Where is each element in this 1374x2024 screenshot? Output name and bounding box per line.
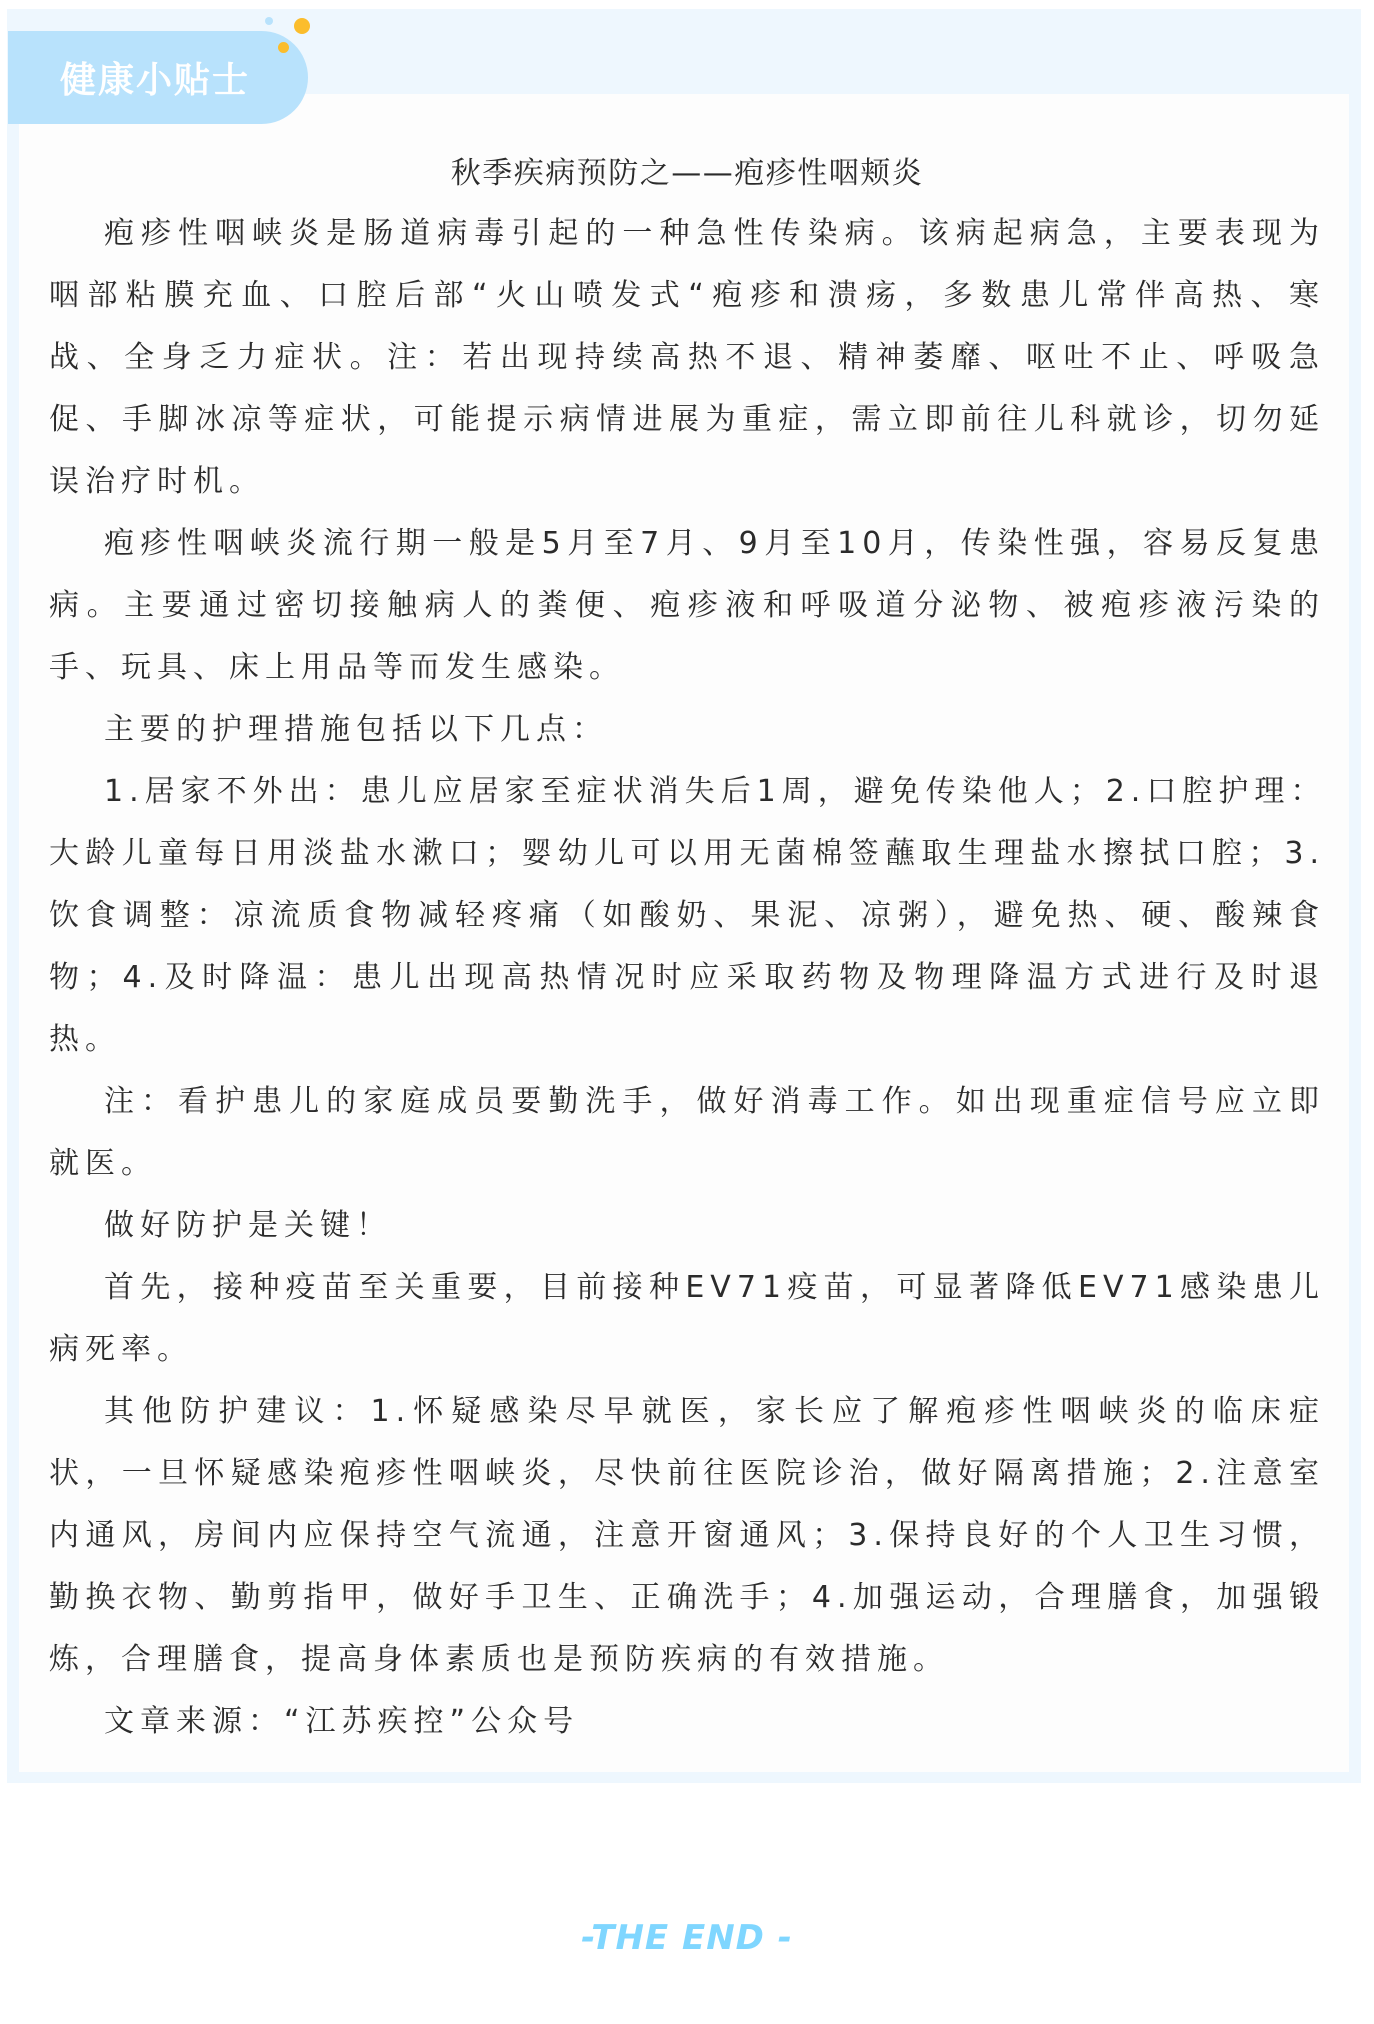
paragraph-care-measures: 1.居家不外出：患儿应居家至症状消失后1周，避免传染他人；2.口腔护理： 大龄儿… — [49, 761, 1325, 1071]
badge-label: 健康小贴士 — [60, 52, 250, 103]
text-line: 状，一旦怀疑感染疱疹性咽峡炎，尽快前往医院诊治，做好隔离措施；2.注意室 — [49, 1443, 1325, 1505]
paragraph-source: 文章来源：“江苏疾控”公众号 — [49, 1691, 1325, 1753]
text-line: 做好防护是关键！ — [49, 1195, 1325, 1257]
text-line: 疱疹性咽峡炎流行期一般是5月至7月、9月至10月，传染性强，容易反复患 — [49, 513, 1325, 575]
decor-dot-orange-large-icon — [294, 18, 310, 34]
text-line: 内通风，房间内应保持空气流通，注意开窗通风；3.保持良好的个人卫生习惯， — [49, 1505, 1325, 1567]
paragraph-epidemic-season: 疱疹性咽峡炎流行期一般是5月至7月、9月至10月，传染性强，容易反复患 病。主要… — [49, 513, 1325, 699]
paragraph-symptoms: 疱疹性咽峡炎是肠道病毒引起的一种急性传染病。该病起病急，主要表现为 咽部粘膜充血… — [49, 203, 1325, 513]
article-source: 文章来源：“江苏疾控”公众号 — [49, 1691, 1325, 1753]
text-line: 饮食调整：凉流质食物减轻疼痛（如酸奶、果泥、凉粥），避免热、硬、酸辣食 — [49, 885, 1325, 947]
text-line: 主要的护理措施包括以下几点： — [49, 699, 1325, 761]
text-line: 其他防护建议：1.怀疑感染尽早就医，家长应了解疱疹性咽峡炎的临床症 — [49, 1381, 1325, 1443]
text-line: 病死率。 — [49, 1319, 1325, 1381]
paragraph-care-intro: 主要的护理措施包括以下几点： — [49, 699, 1325, 761]
paragraph-other-advice: 其他防护建议：1.怀疑感染尽早就医，家长应了解疱疹性咽峡炎的临床症 状，一旦怀疑… — [49, 1381, 1325, 1691]
text-line: 就医。 — [49, 1133, 1325, 1195]
text-line: 1.居家不外出：患儿应居家至症状消失后1周，避免传染他人；2.口腔护理： — [49, 761, 1325, 823]
paragraph-note: 注：看护患儿的家庭成员要勤洗手，做好消毒工作。如出现重症信号应立即 就医。 — [49, 1071, 1325, 1195]
text-line: 误治疗时机。 — [49, 451, 1325, 513]
text-line: 炼，合理膳食，提高身体素质也是预防疾病的有效措施。 — [49, 1629, 1325, 1691]
decor-dot-blue-icon — [265, 17, 273, 25]
text-line: 注：看护患儿的家庭成员要勤洗手，做好消毒工作。如出现重症信号应立即 — [49, 1071, 1325, 1133]
decor-dot-orange-small-icon — [278, 42, 289, 53]
text-line: 首先，接种疫苗至关重要，目前接种EV71疫苗，可显著降低EV71感染患儿 — [49, 1257, 1325, 1319]
text-line: 勤换衣物、勤剪指甲，做好手卫生、正确洗手；4.加强运动，合理膳食，加强锻 — [49, 1567, 1325, 1629]
text-line: 咽部粘膜充血、口腔后部“火山喷发式“疱疹和溃疡，多数患儿常伴高热、寒 — [49, 265, 1325, 327]
text-line: 促、手脚冰凉等症状，可能提示病情进展为重症，需立即前往儿科就诊，切勿延 — [49, 389, 1325, 451]
article-body: 秋季疾病预防之——疱疹性咽颊炎 疱疹性咽峡炎是肠道病毒引起的一种急性传染病。该病… — [49, 145, 1325, 1753]
text-line: 大龄儿童每日用淡盐水漱口；婴幼儿可以用无菌棉签蘸取生理盐水擦拭口腔；3. — [49, 823, 1325, 885]
text-line: 疱疹性咽峡炎是肠道病毒引起的一种急性传染病。该病起病急，主要表现为 — [49, 203, 1325, 265]
text-line: 战、全身乏力症状。注：若出现持续高热不退、精神萎靡、呕吐不止、呼吸急 — [49, 327, 1325, 389]
text-line: 热。 — [49, 1009, 1325, 1071]
paragraph-protection-heading: 做好防护是关键！ — [49, 1195, 1325, 1257]
paragraph-vaccine: 首先，接种疫苗至关重要，目前接种EV71疫苗，可显著降低EV71感染患儿 病死率… — [49, 1257, 1325, 1381]
section-badge: 健康小贴士 — [8, 31, 308, 124]
text-line: 病。主要通过密切接触病人的粪便、疱疹液和呼吸道分泌物、被疱疹液污染的 — [49, 575, 1325, 637]
text-line: 物；4.及时降温：患儿出现高热情况时应采取药物及物理降温方式进行及时退 — [49, 947, 1325, 1009]
text-line: 手、玩具、床上用品等而发生感染。 — [49, 637, 1325, 699]
the-end-label: -THE END - — [0, 1918, 1374, 1958]
article-title: 秋季疾病预防之——疱疹性咽颊炎 — [49, 145, 1325, 203]
